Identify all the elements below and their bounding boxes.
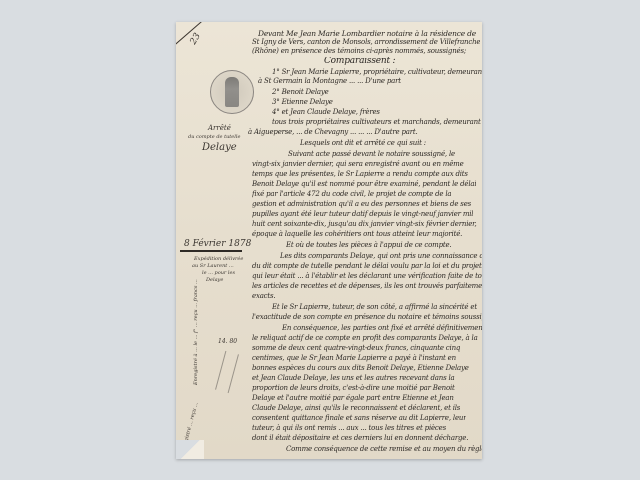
margin-registration-vertical: Enregistré à ... le ... f° ... reçu ... … xyxy=(193,265,199,385)
body-line: somme de deux cent quatre-vingt-deux fra… xyxy=(252,344,460,353)
stamp-figure xyxy=(225,77,239,107)
margin-amount: 14. 80 xyxy=(218,338,237,345)
body-line: gestion et administration qu'il a eu des… xyxy=(252,200,471,209)
margin-date-note-3: le ... pour les xyxy=(202,270,235,276)
body-line: 4° et Jean Claude Delaye, frères xyxy=(272,108,380,117)
body-line: pupilles ayant été leur tuteur datif dep… xyxy=(252,210,473,219)
body-line: le reliquat actif de ce compte en profit… xyxy=(252,334,478,343)
body-line: consentent quittance finale et sans rése… xyxy=(252,414,466,423)
seal-stamp-icon xyxy=(210,70,254,114)
body-line: l'exactitude de son compte en présence d… xyxy=(252,313,482,322)
margin-date: 8 Février 1878 xyxy=(184,239,251,249)
body-line: Comme conséquence de cette remise et au … xyxy=(286,445,482,454)
body-line: Suivant acte passé devant le notaire sou… xyxy=(288,150,455,159)
body-line: époque à laquelle les cohéritiers ont to… xyxy=(252,230,462,239)
body-line: Delaye et l'autre moitié par égale part … xyxy=(252,394,454,403)
body-line: 2° Benoit Delaye xyxy=(272,88,329,97)
body-line: proportion de leurs droits, c'est-à-dire… xyxy=(252,384,455,393)
pen-flourish xyxy=(215,351,239,393)
margin-note-arrete: Arrêté xyxy=(208,124,231,132)
date-underline xyxy=(180,250,242,252)
folio-number: 23 xyxy=(189,32,203,47)
margin-date-note-1: Expédition délivrée xyxy=(194,256,243,262)
body-line: Lesquels ont dit et arrêté ce qui suit : xyxy=(300,139,426,148)
body-line: huit cent soixante-dix, jusqu'au dix jan… xyxy=(252,220,477,229)
body-line: qui leur était ... à l'établir et les dé… xyxy=(252,272,482,281)
body-line: En conséquence, les parties ont fixé et … xyxy=(282,324,482,333)
body-line: bonnes espèces du cours aux dits Benoit … xyxy=(252,364,469,373)
body-line: du dit compte de tutelle pendant le déla… xyxy=(252,262,482,271)
body-line: tous trois propriétaires cultivateurs et… xyxy=(272,118,481,127)
page-corner-curl xyxy=(176,440,204,459)
body-line: dont il était dépositaire et ces dernier… xyxy=(252,434,468,443)
body-line: Benoit Delaye qu'il est nommé pour être … xyxy=(252,180,476,189)
body-line: St Igny de Vers, canton de Monsols, arro… xyxy=(252,38,480,47)
body-line: Devant Me Jean Marie Lombardier notaire … xyxy=(258,29,476,38)
body-line: 3° Etienne Delaye xyxy=(272,98,333,107)
margin-date-note-4: Delaye xyxy=(206,277,223,283)
body-line: les articles de recettes et de dépenses,… xyxy=(252,282,482,291)
body-line: tuteur, à qui ils ont remis ... aux ... … xyxy=(252,424,446,433)
body-line: fixé par l'article 472 du code civil, le… xyxy=(252,190,451,199)
body-line: 1° Sr Jean Marie Lapierre, propriétaire,… xyxy=(272,68,482,77)
body-line: Et le Sr Lapierre, tuteur, de son côté, … xyxy=(272,303,477,312)
body-line: temps que les présentes, le Sr Lapierre … xyxy=(252,170,468,179)
body-line: (Rhône) en présence des témoins ci-après… xyxy=(252,47,466,56)
body-line: Les dits comparants Delaye, qui ont pris… xyxy=(280,252,482,261)
body-line: à St Germain la Montagne ... ... D'une p… xyxy=(258,77,401,86)
body-line: Et où de toutes les pièces à l'appui de … xyxy=(286,241,451,250)
section-heading-comparaissent: Comparaissent : xyxy=(324,57,395,66)
body-line: Claude Delaye, ainsi qu'ils le reconnais… xyxy=(252,404,460,413)
margin-note-compte: du compte de tutelle xyxy=(188,134,240,140)
body-line: et Jean Claude Delaye, les uns et les au… xyxy=(252,374,455,383)
margin-note-delaye: Delaye xyxy=(202,142,237,153)
body-line: exacts. xyxy=(252,292,275,301)
body-line: vingt-six janvier dernier, qui sera enre… xyxy=(252,160,464,169)
body-line: centimes, que le Sr Jean Marie Lapierre … xyxy=(252,354,456,363)
body-line: à Aigueperse, ... de Chevagny ... ... ..… xyxy=(248,128,418,137)
document-page: 23 Arrêté du compte de tutelle Delaye 8 … xyxy=(176,22,482,459)
